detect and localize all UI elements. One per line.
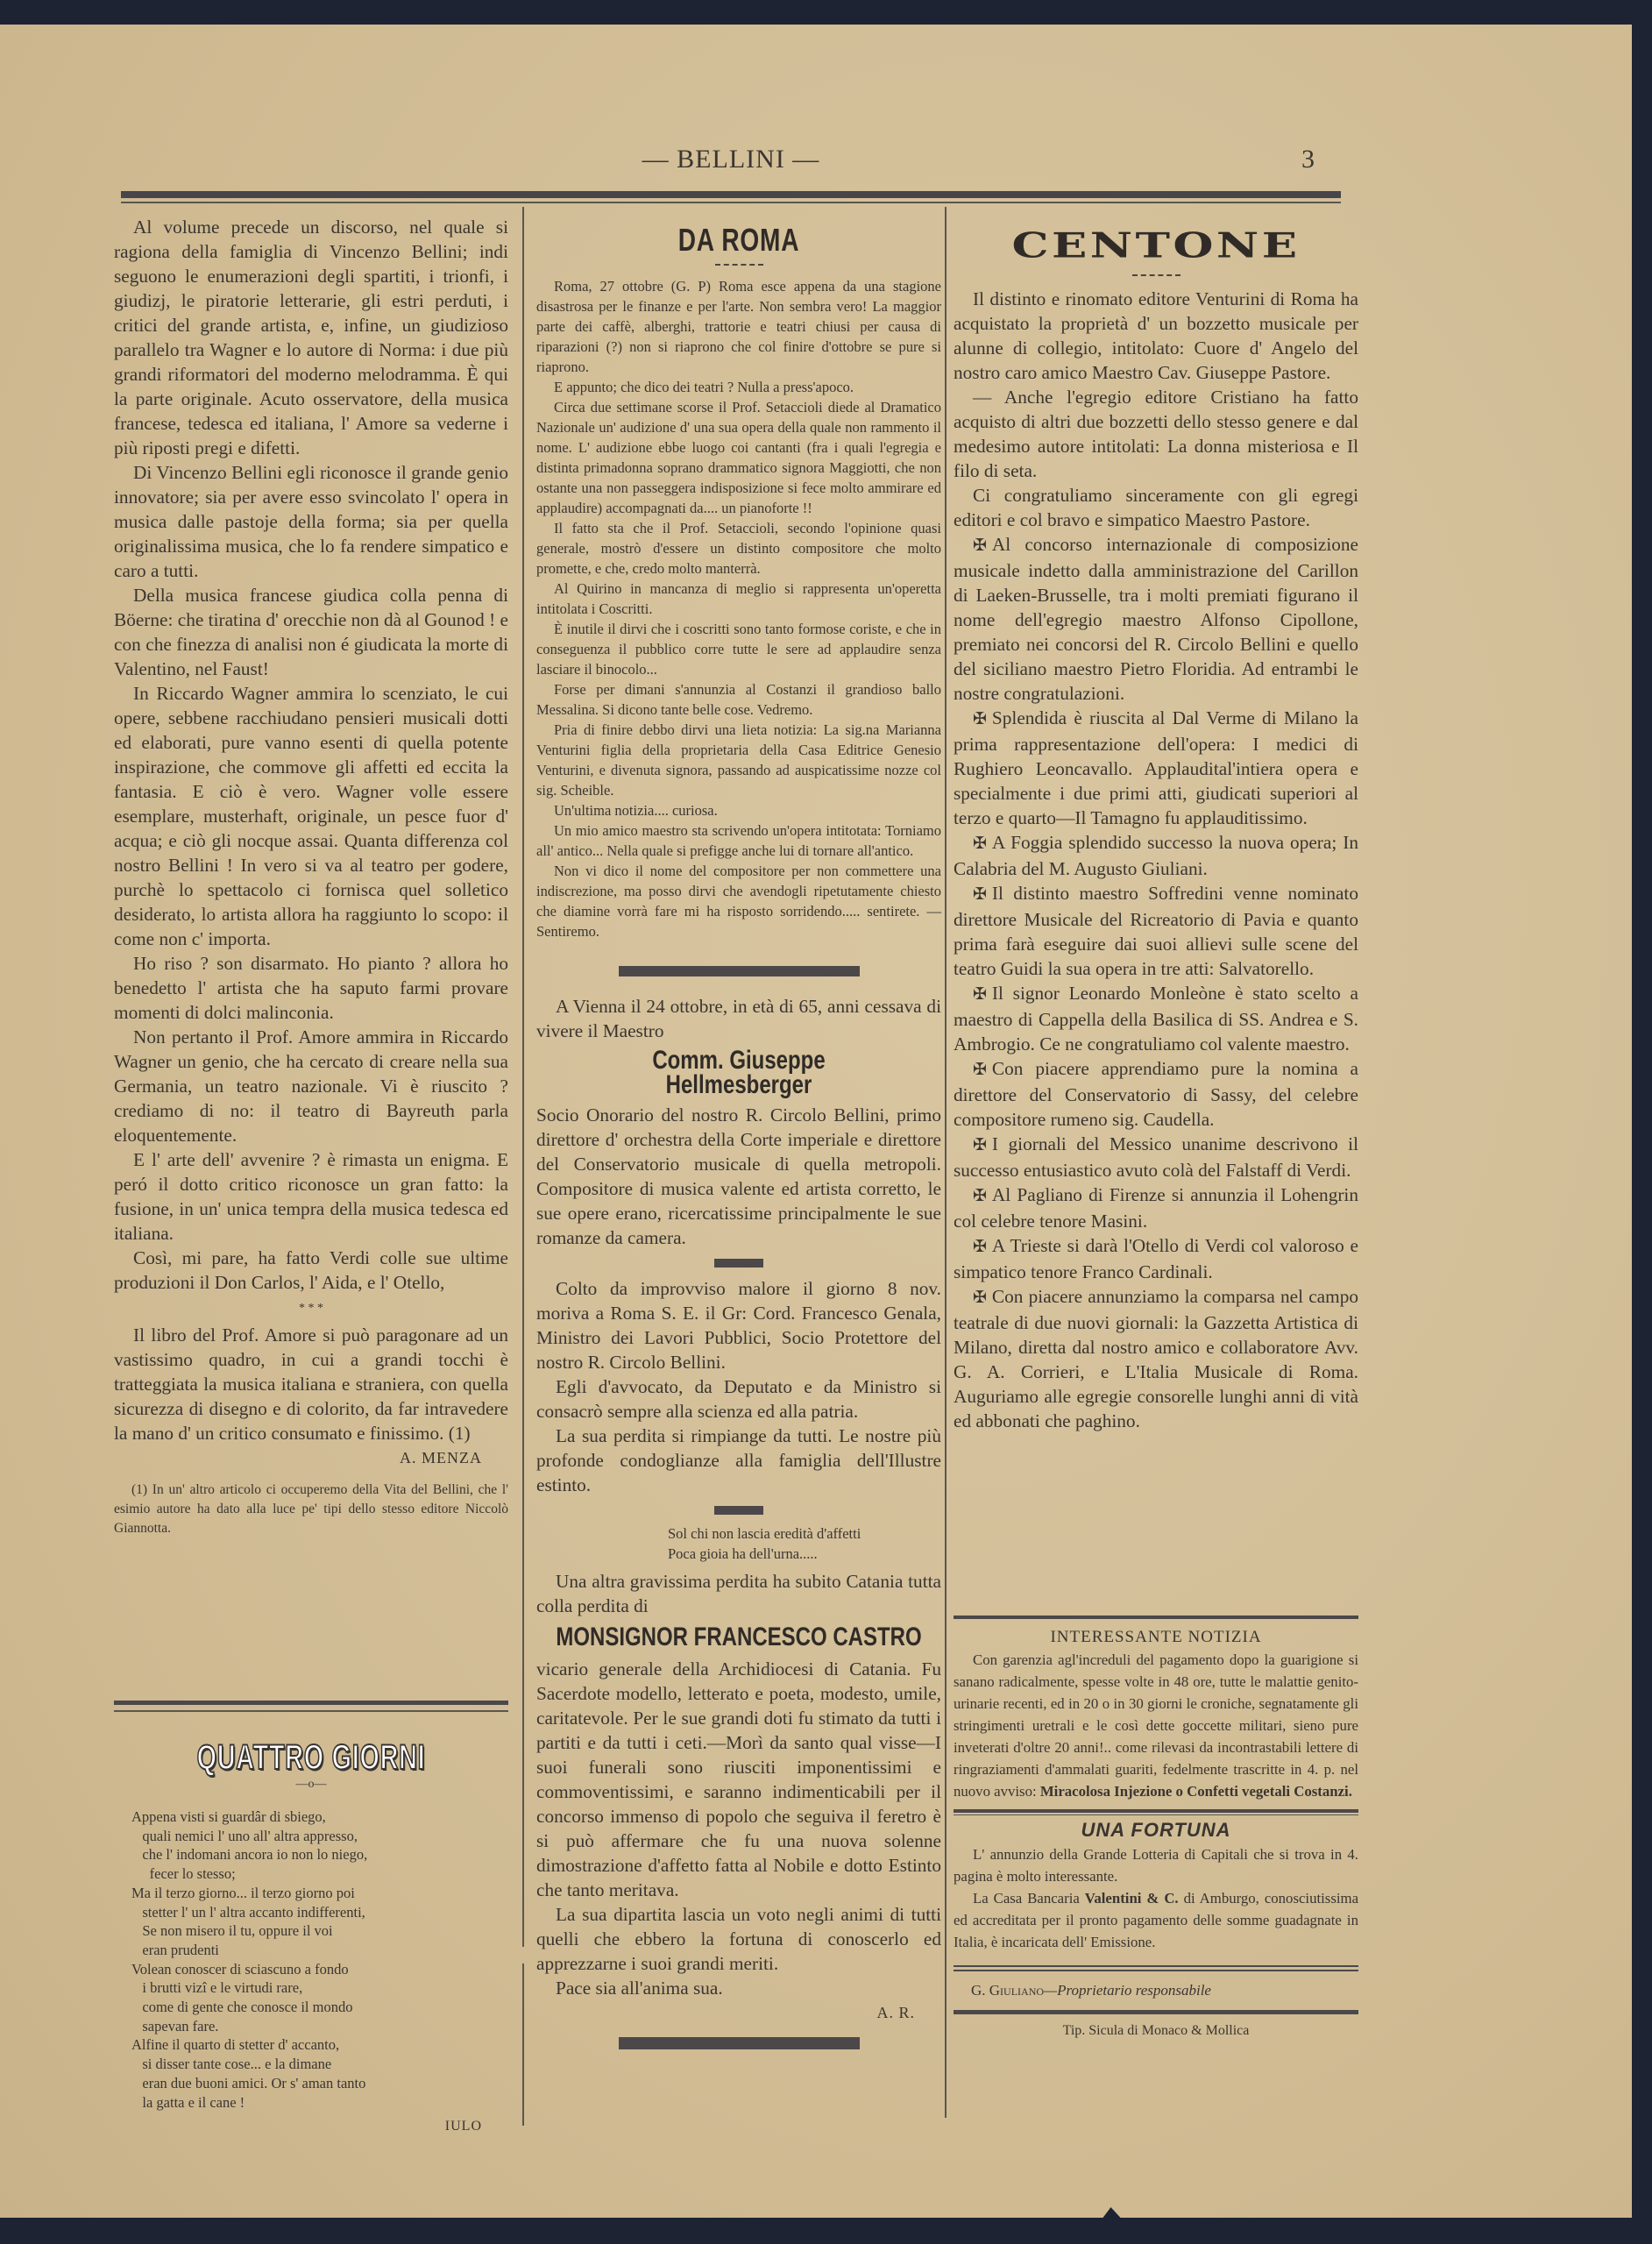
header-rule xyxy=(121,191,1341,198)
section-heading: CENTONE xyxy=(923,225,1388,266)
section-bar xyxy=(619,2037,860,2049)
poem-ornament: —o— xyxy=(114,1778,508,1792)
section-rule xyxy=(954,1970,1358,1971)
maltese-cross-icon: ✠ xyxy=(973,1187,987,1205)
column-2: DA ROMA Roma, 27 ottobre (G. P) Roma esc… xyxy=(536,215,941,2049)
maltese-cross-icon: ✠ xyxy=(973,1289,987,1307)
article-review: Al volume precede un discorso, nel quale… xyxy=(114,215,508,1470)
author-signature: A. R. xyxy=(536,2000,941,2025)
fortuna-body: L' annunzio della Grande Lotteria di Cap… xyxy=(954,1843,1358,1953)
paragraph: Al Quirino in mancanza di meglio si rapp… xyxy=(536,579,941,619)
paragraph: Così, mi pare, ha fatto Verdi colle sue … xyxy=(114,1246,508,1295)
column-divider xyxy=(945,207,947,2118)
masthead: — BELLINI — 3 xyxy=(121,145,1341,180)
column-3: CENTONE Il distinto e rinomato editore V… xyxy=(954,215,1358,1433)
poem-body: Appena visti si guardâr di sbiego, quali… xyxy=(131,1807,508,2112)
paragraph: Il distinto e rinomato editore Venturini… xyxy=(954,287,1358,385)
asterism: * * * xyxy=(114,1303,508,1314)
notice-title: INTERESSANTE NOTIZIA xyxy=(954,1628,1358,1647)
paragraph: Della musica francese giudica colla penn… xyxy=(114,583,508,681)
page-bottom-edge xyxy=(0,2218,1652,2244)
maltese-cross-icon: ✠ xyxy=(973,1238,987,1256)
fortuna-title: UNA FORTUNA xyxy=(954,1819,1358,1842)
section-heading: DA ROMA xyxy=(581,222,897,259)
heading-separator xyxy=(1132,274,1181,278)
page-number: 3 xyxy=(1301,145,1315,174)
column-divider xyxy=(522,207,524,1947)
paragraph: Il libro del Prof. Amore si può paragona… xyxy=(114,1323,508,1445)
obituary-hellmesberger: A Vienna il 24 ottobre, in età di 65, an… xyxy=(536,994,941,1250)
news-item: ✠I giornali del Messico unanime descrivo… xyxy=(954,1132,1358,1182)
printer-line: Tip. Sicula di Monaco & Mollica xyxy=(954,2023,1358,2039)
header-rule-thin xyxy=(121,202,1341,203)
obituary-name: Comm. Giuseppe Hellmesberger xyxy=(577,1048,901,1097)
news-item: ✠Con piacere apprendiamo pure la nomina … xyxy=(954,1056,1358,1132)
news-item: ✠Il signor Leonardo Monleòne è stato sce… xyxy=(954,981,1358,1056)
poem-section: QUATTRO GIORNI —o— Appena visti si guard… xyxy=(114,1692,508,2134)
paragraph: Ho riso ? son disarmato. Ho pianto ? all… xyxy=(114,951,508,1025)
news-item: ✠Con piacere annunziamo la comparsa nel … xyxy=(954,1284,1358,1433)
author-signature: A. MENZA xyxy=(114,1445,508,1470)
paragraph: Al volume precede un discorso, nel quale… xyxy=(114,215,508,460)
section-rule xyxy=(114,1701,508,1712)
proprietor-line: G. Giuliano—Proprietario responsabile xyxy=(971,1982,1358,1999)
masthead-title: — BELLINI — xyxy=(121,145,1341,174)
poem-signature: IULO xyxy=(114,2119,508,2134)
footnote: (1) In un' altro articolo ci occuperemo … xyxy=(114,1481,508,1538)
maltese-cross-icon: ✠ xyxy=(973,1136,987,1154)
paragraph: Un'ultima notizia.... curiosa. xyxy=(536,800,941,820)
maltese-cross-icon: ✠ xyxy=(973,710,987,728)
news-item: ✠Al concorso internazionale di composizi… xyxy=(954,532,1358,706)
section-rule xyxy=(954,2010,1358,2014)
news-item: ✠Al Pagliano di Firenze si annunzia il L… xyxy=(954,1182,1358,1233)
maltese-cross-icon: ✠ xyxy=(973,536,987,555)
maltese-cross-icon: ✠ xyxy=(973,885,987,904)
section-bar xyxy=(619,966,860,976)
maltese-cross-icon: ✠ xyxy=(973,985,987,1004)
notices-section: INTERESSANTE NOTIZIA Con garenzia agl'in… xyxy=(954,1616,1358,2048)
paragraph: Circa due settimane scorse il Prof. Seta… xyxy=(536,397,941,518)
epigraph: Sol chi non lascia eredità d'affetti Poc… xyxy=(668,1523,941,1564)
news-item: ✠Il distinto maestro Soffredini venne no… xyxy=(954,881,1358,981)
paragraph: In Riccardo Wagner ammira lo scenziato, … xyxy=(114,681,508,951)
paragraph: Ci congratuliamo sinceramente con gli eg… xyxy=(954,483,1358,532)
column-1: Al volume precede un discorso, nel quale… xyxy=(114,215,508,1538)
paragraph: Di Vincenzo Bellini egli riconosce il gr… xyxy=(114,460,508,583)
news-item: ✠A Trieste si darà l'Otello di Verdi col… xyxy=(954,1233,1358,1284)
centone-news: Il distinto e rinomato editore Venturini… xyxy=(954,287,1358,1433)
paragraph: È inutile il dirvi che i coscritti sono … xyxy=(536,619,941,679)
notice-body: Con garenzia agl'increduli del pagamento… xyxy=(954,1649,1358,1802)
paragraph: Non pertanto il Prof. Amore ammira in Ri… xyxy=(114,1025,508,1147)
obituary-genala: Colto da improvviso malore il giorno 8 n… xyxy=(536,1276,941,1497)
obituary-name: MONSIGNOR FRANCESCO CASTRO xyxy=(549,1625,929,1650)
obituary-castro: Una altra gravissima perdita ha subito C… xyxy=(536,1569,941,2025)
maltese-cross-icon: ✠ xyxy=(973,1061,987,1079)
paragraph: Forse per dimani s'annunzia al Costanzi … xyxy=(536,679,941,720)
paragraph: E appunto; che dico dei teatri ? Nulla a… xyxy=(536,377,941,397)
section-rule xyxy=(954,1616,1358,1619)
paragraph: — Anche l'egregio editore Cristiano ha f… xyxy=(954,385,1358,483)
paragraph: Un mio amico maestro sta scrivendo un'op… xyxy=(536,820,941,861)
separator-bar xyxy=(714,1506,763,1515)
paragraph: Non vi dico il nome del compositore per … xyxy=(536,861,941,941)
column-divider xyxy=(522,1963,524,2126)
paragraph: E l' arte dell' avvenire ? è rimasta un … xyxy=(114,1147,508,1246)
news-item: ✠Splendida è riuscita al Dal Verme di Mi… xyxy=(954,706,1358,830)
news-item: ✠A Foggia splendido successo la nuova op… xyxy=(954,830,1358,881)
paragraph: Il fatto sta che il Prof. Setaccioli, se… xyxy=(536,518,941,579)
poem-title: QUATTRO GIORNI xyxy=(169,1738,453,1778)
section-rule xyxy=(954,1809,1358,1813)
maltese-cross-icon: ✠ xyxy=(973,834,987,853)
article-da-roma: Roma, 27 ottobre (G. P) Roma esce appena… xyxy=(536,276,941,941)
heading-separator xyxy=(715,264,763,267)
paragraph: Roma, 27 ottobre (G. P) Roma esce appena… xyxy=(536,276,941,377)
separator-bar xyxy=(714,1259,763,1268)
paragraph: Pria di finire debbo dirvi una lieta not… xyxy=(536,720,941,800)
